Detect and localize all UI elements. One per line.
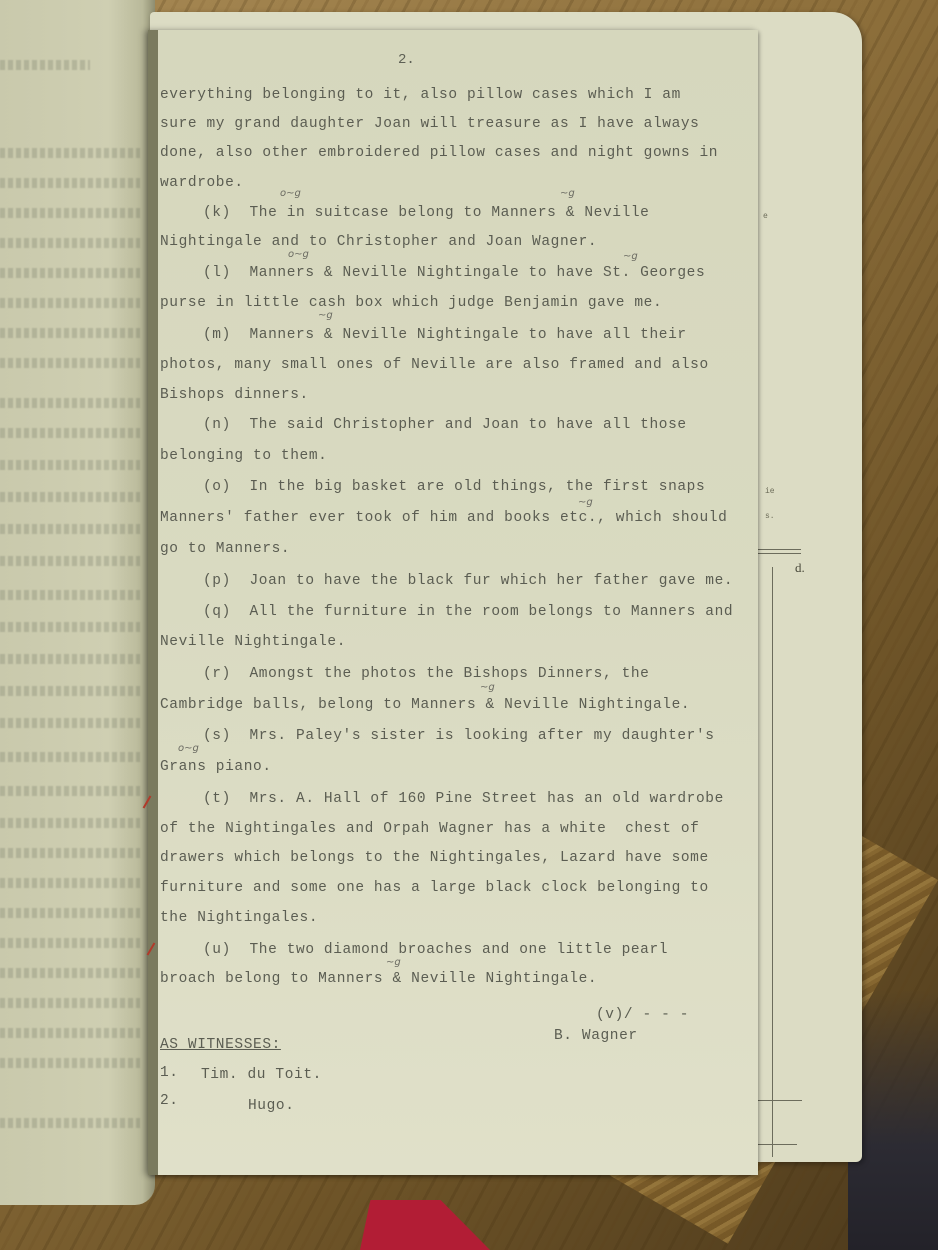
text-line: drawers which belongs to the Nightingale… <box>160 848 709 868</box>
clause-t: (t) Mrs. A. Hall of 160 Pine Street has … <box>203 789 724 809</box>
left-facing-page <box>0 0 155 1205</box>
text-line: Cambridge balls, belong to Manners & Nev… <box>160 695 690 715</box>
clause-q: (q) All the furniture in the room belong… <box>203 602 733 622</box>
witness-number: 1. <box>160 1065 179 1081</box>
text-line: furniture and some one has a large black… <box>160 878 709 898</box>
signature-mark: (v)/ - - - <box>596 1007 689 1023</box>
testator-name: B. Wagner <box>554 1028 638 1044</box>
edge-fragment: ie <box>765 487 775 496</box>
ruled-line <box>756 549 801 550</box>
text-line: photos, many small ones of Neville are a… <box>160 355 709 375</box>
page-number: 2. <box>398 52 415 68</box>
ruled-line <box>756 553 801 554</box>
clause-s: (s) Mrs. Paley's sister is looking after… <box>203 726 715 746</box>
edge-fragment: e <box>763 212 768 221</box>
document-body: everything belonging to it, also pillow … <box>160 85 760 597</box>
witness-number: 2. <box>160 1093 179 1109</box>
clause-u: (u) The two diamond broaches and one lit… <box>203 940 668 960</box>
text-line: sure my grand daughter Joan will treasur… <box>160 114 699 134</box>
witnesses-heading: AS WITNESSES: <box>160 1037 281 1053</box>
witness-name: Hugo. <box>248 1098 295 1114</box>
text-line: Grans piano. <box>160 757 272 777</box>
typed-will-page: 2. everything belonging to it, also pill… <box>148 30 758 1175</box>
text-line: everything belonging to it, also pillow … <box>160 85 681 105</box>
clause-l: (l) Manners & Neville Nightingale to hav… <box>203 263 705 283</box>
text-line: of the Nightingales and Orpah Wagner has… <box>160 819 699 839</box>
text-line: Nightingale and to Christopher and Joan … <box>160 232 597 252</box>
handwritten-annotation: ~g <box>318 310 333 321</box>
ruled-line <box>757 1144 797 1145</box>
text-line: wardrobe. <box>160 173 244 193</box>
text-line: broach belong to Manners & Neville Night… <box>160 969 597 989</box>
clause-p: (p) Joan to have the black fur which her… <box>203 571 733 591</box>
text-line: Manners' father ever took of him and boo… <box>160 508 727 528</box>
clause-o: (o) In the big basket are old things, th… <box>203 477 705 497</box>
handwritten-annotation: ~g <box>578 497 593 508</box>
clause-k: (k) The in suitcase belong to Manners & … <box>203 203 649 223</box>
handwritten-annotation: o~g <box>288 249 309 260</box>
red-folder-tab <box>360 1200 490 1250</box>
clause-r: (r) Amongst the photos the Bishops Dinne… <box>203 664 649 684</box>
text-line: done, also other embroidered pillow case… <box>160 143 718 163</box>
text-line: Neville Nightingale. <box>160 632 346 652</box>
text-line: the Nightingales. <box>160 908 318 928</box>
edge-fragment: s. <box>765 512 775 521</box>
text-line: belonging to them. <box>160 446 327 466</box>
handwritten-annotation: ~g <box>623 251 638 262</box>
ruled-line <box>772 567 773 1157</box>
handwritten-annotation: ~g <box>480 682 495 693</box>
witness-name: Tim. du Toit. <box>201 1067 322 1083</box>
clause-n: (n) The said Christopher and Joan to hav… <box>203 415 687 435</box>
handwritten-annotation: o~g <box>178 743 199 754</box>
handwritten-annotation: o~g <box>280 188 301 199</box>
ruled-line <box>757 1100 802 1101</box>
handwritten-annotation: ~g <box>560 188 575 199</box>
text-line: Bishops dinners. <box>160 385 309 405</box>
text-line: purse in little cash box which judge Ben… <box>160 293 662 313</box>
column-header-pence: d. <box>795 560 805 576</box>
handwritten-annotation: ~g <box>386 957 401 968</box>
clause-m: (m) Manners & Neville Nightingale to hav… <box>203 325 687 345</box>
text-line: go to Manners. <box>160 539 290 559</box>
